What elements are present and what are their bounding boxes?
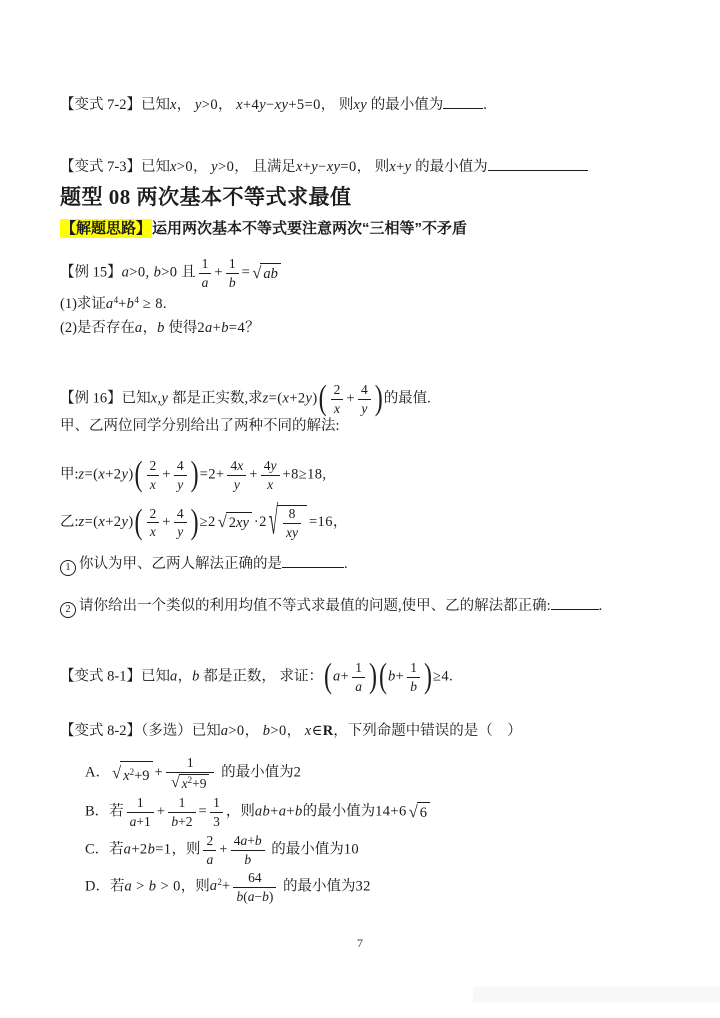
big-left-paren: (: [319, 382, 327, 417]
fraction: 4yx: [261, 458, 280, 492]
math-run: z=(x+2y): [263, 390, 318, 406]
section-heading: 题型 08 两次基本不等式求最值: [60, 184, 352, 210]
text-run: 且: [177, 264, 195, 280]
fraction: 2x: [147, 506, 160, 540]
fraction: 1b: [407, 660, 420, 694]
fraction: 8xy: [283, 506, 301, 540]
math-run: y>0: [195, 97, 218, 113]
document-page: 【变式 7-2】已知x， y>0， x+4y−xy+5=0， 则xy 的最小值为…: [0, 0, 720, 1018]
text-run: 【例 16】已知: [60, 390, 151, 406]
option-b: B．若1a+1+1b+2=13，则ab+a+b的最小值为14+6√6: [85, 795, 432, 829]
fraction: 2a: [203, 833, 216, 867]
big-right-paren: ): [424, 660, 432, 695]
problem-7-2: 【变式 7-2】已知x， y>0， x+4y−xy+5=0， 则xy 的最小值为…: [60, 93, 487, 115]
text-run: ， 则: [357, 159, 390, 175]
text-run: ，: [143, 320, 158, 336]
text-run: 题型 08 两次基本不等式求最值: [60, 185, 352, 209]
math-run: x∈: [305, 723, 323, 739]
example-15: 【例 15】a>0, b>0 且1a+1b=√ab: [60, 256, 283, 290]
fraction: 4y: [174, 506, 187, 540]
question-2: 2请你给出一个类似的利用均值不等式求最值的问题,使甲、乙的解法都正确:.: [60, 594, 602, 618]
answer-blank: [488, 155, 588, 171]
big-right-paren: ): [375, 382, 383, 417]
text-run: 的最值.: [384, 390, 431, 406]
text-run: ，则: [226, 803, 255, 819]
text-run: 的最小值为: [303, 803, 376, 819]
fraction: 64b(a−b): [233, 870, 276, 904]
fraction: 4y: [358, 382, 371, 416]
text-run: ，下列命题中错误的是（ ）: [333, 723, 522, 739]
text-run: ,: [322, 466, 326, 482]
text-run: .: [449, 668, 453, 684]
text-run: ，则: [171, 841, 200, 857]
solution-yi: 乙:z=(x+2y)(2x+4y)≥2√2xy·2√8xy=16，: [60, 505, 347, 540]
sqrt-radical: √8xy: [269, 505, 307, 540]
sqrt-radical: √ab: [252, 263, 281, 284]
text-run: 【变式 8-2】（多选）已知: [60, 723, 221, 739]
text-run: 请你给出一个类似的利用均值不等式求最值的问题,使甲、乙的解法都正确:: [79, 598, 551, 614]
math-run: x: [170, 97, 177, 113]
math-run: xy: [353, 97, 367, 113]
method-note: 【解题思路】运用两次基本不等式要注意两次“三相等”不矛盾: [60, 219, 467, 239]
math-run: a > b > 0: [124, 878, 180, 894]
text-run: 【变式 7-2】已知: [60, 97, 170, 113]
fraction: 4xy: [227, 458, 246, 492]
sqrt-radical: √x2+9: [112, 761, 153, 786]
fraction: 1a: [352, 660, 365, 694]
big-left-paren: (: [379, 660, 387, 695]
example-16: 【例 16】已知x,y 都是正实数,求z=(x+2y)(2x+4y)的最值.: [60, 382, 431, 416]
text-run: 【变式 8-1】已知: [60, 668, 170, 684]
text-run: 都是正实数,求: [168, 390, 262, 406]
text-run: ，: [218, 97, 236, 113]
math-run: +: [346, 390, 355, 406]
fraction: 4a+bb: [231, 833, 265, 867]
answer-blank: [443, 93, 483, 109]
math-run: y>0: [211, 159, 234, 175]
text-run: B．若: [85, 803, 124, 819]
text-run: ，: [333, 514, 348, 530]
text-run: 的最小值为: [412, 159, 488, 175]
math-run: a4+b4 ≥ 8: [106, 296, 163, 312]
math-run: a>0: [221, 723, 245, 739]
bold-text-run: 运用两次基本不等式要注意两次“三相等”不矛盾: [152, 220, 467, 237]
math-run: +: [214, 264, 223, 280]
math-run: 2: [294, 764, 302, 780]
math-run: =16: [309, 514, 333, 530]
math-run: z=(x+2y): [79, 514, 134, 530]
math-run: +: [249, 466, 258, 482]
text-run: .: [483, 97, 487, 113]
problem-8-1: 【变式 8-1】已知a，b 都是正数， 求证：(a+1a)(b+1b)≥4.: [60, 660, 453, 694]
question-1: 1你认为甲、乙两人解法正确的是.: [60, 552, 348, 576]
math-run: +: [219, 841, 228, 857]
math-run: +: [162, 514, 171, 530]
text-run: ？: [245, 320, 260, 336]
math-run: 2a+b=4: [197, 320, 245, 336]
fraction: 1√x2+9: [166, 755, 214, 791]
text-run: .: [163, 296, 167, 312]
big-left-paren: (: [135, 505, 143, 540]
text-run: .: [599, 598, 603, 614]
text-run: 使得: [165, 320, 198, 336]
text-run: ，: [287, 723, 305, 739]
problem-7-3: 【变式 7-3】已知x>0， y>0， 且满足x+y−xy=0， 则x+y 的最…: [60, 155, 588, 177]
problem-8-2: 【变式 8-2】（多选）已知a>0， b>0， x∈R，下列命题中错误的是（ ）: [60, 721, 522, 741]
circled-number: 2: [60, 602, 76, 618]
fraction: 1b+2: [168, 795, 195, 829]
math-run: ·2: [254, 514, 267, 530]
text-run: 的最小值为: [367, 97, 443, 113]
text-run: 的最小值为: [279, 878, 355, 894]
bold-text-run: R: [323, 723, 333, 739]
math-run: 10: [344, 841, 359, 857]
highlighted-label: 【解题思路】: [60, 219, 152, 238]
solutions-intro: 甲、乙两位同学分别给出了两种不同的解法:: [60, 416, 340, 436]
math-run: x+y−xy=0: [296, 159, 357, 175]
big-left-paren: (: [135, 458, 143, 493]
text-run: 的最小值为: [217, 764, 293, 780]
fraction: 13: [210, 795, 223, 829]
text-run: 你认为甲、乙两人解法正确的是: [79, 556, 282, 572]
text-run: 甲:: [60, 466, 79, 482]
page-number: 7: [0, 936, 720, 951]
math-run: =: [199, 803, 208, 819]
math-run: b+: [388, 668, 404, 684]
math-run: +: [155, 764, 164, 780]
sqrt-radical: √2xy: [218, 512, 252, 533]
option-a: A．√x2+9+1√x2+9 的最小值为2: [85, 755, 301, 791]
fraction: 2x: [147, 458, 160, 492]
math-run: a+: [333, 668, 349, 684]
math-run: a>0, b>0: [122, 264, 178, 280]
math-run: a2+: [210, 878, 231, 894]
radical-sign-icon: √: [269, 503, 278, 543]
solution-jia: 甲:z=(x+2y)(2x+4y)=2+4xy+4yx+8≥18,: [60, 458, 326, 492]
text-run: 甲、乙两位同学分别给出了两种不同的解法:: [60, 418, 340, 434]
example-15-q2: (2)是否存在a，b 使得2a+b=4？: [60, 318, 260, 338]
math-run: b: [157, 320, 165, 336]
text-run: C．若: [85, 841, 124, 857]
math-run: 32: [355, 878, 370, 894]
text-run: 的最小值为: [268, 841, 344, 857]
text-run: ， 则: [321, 97, 354, 113]
math-run: b: [192, 668, 200, 684]
answer-blank: [282, 552, 344, 568]
math-run: +: [162, 466, 171, 482]
sqrt-radical: √6: [409, 802, 430, 823]
big-right-paren: ): [191, 505, 199, 540]
text-run: 【例 15】: [60, 264, 122, 280]
math-run: x,y: [151, 390, 169, 406]
big-right-paren: ): [369, 660, 377, 695]
math-run: 14+6: [375, 803, 407, 819]
math-run: a: [135, 320, 143, 336]
math-run: +8≥18: [283, 466, 323, 482]
text-run: 都是正数， 求证：: [200, 668, 323, 684]
text-run: ，: [193, 159, 211, 175]
option-d: D．若a > b > 0，则a2+64b(a−b) 的最小值为32: [85, 870, 371, 904]
text-run: A．: [85, 764, 110, 780]
math-run: x>0: [170, 159, 193, 175]
text-run: .: [344, 556, 348, 572]
text-run: ，: [177, 97, 195, 113]
text-run: (2)是否存在: [60, 320, 135, 336]
math-run: +: [157, 803, 166, 819]
answer-blank: [551, 594, 599, 610]
option-c: C．若a+2b=1，则2a+4a+bb 的最小值为10: [85, 833, 359, 867]
fraction: 4y: [174, 458, 187, 492]
text-run: 乙:: [60, 514, 79, 530]
math-run: =: [242, 264, 251, 280]
text-run: ， 且满足: [234, 159, 296, 175]
math-run: ≥2: [200, 514, 216, 530]
math-run: x+y: [389, 159, 411, 175]
big-right-paren: ): [191, 458, 199, 493]
fraction: 1a: [199, 256, 212, 290]
math-run: z=(x+2y): [79, 466, 134, 482]
math-run: b>0: [263, 723, 287, 739]
sqrt-radical: √x2+9: [171, 774, 209, 792]
fraction: 1a+1: [127, 795, 154, 829]
math-run: =2+: [200, 466, 225, 482]
scan-artifact-smudge: [473, 987, 720, 1003]
math-run: ab+a+b: [255, 803, 303, 819]
example-15-q1: (1)求证a4+b4 ≥ 8.: [60, 290, 167, 314]
circled-number: 1: [60, 560, 76, 576]
text-run: ，: [178, 668, 193, 684]
math-run: a+2b=1: [124, 841, 172, 857]
text-run: (1)求证: [60, 296, 106, 312]
math-run: a: [170, 668, 178, 684]
math-run: x+4y−xy+5=0: [236, 97, 321, 113]
text-run: ，则: [181, 878, 210, 894]
fraction: 2x: [331, 382, 344, 416]
text-run: ，: [245, 723, 263, 739]
text-run: 【变式 7-3】已知: [60, 159, 170, 175]
big-left-paren: (: [324, 660, 332, 695]
fraction: 1b: [226, 256, 239, 290]
math-run: ≥4: [433, 668, 449, 684]
text-run: D．若: [85, 878, 124, 894]
